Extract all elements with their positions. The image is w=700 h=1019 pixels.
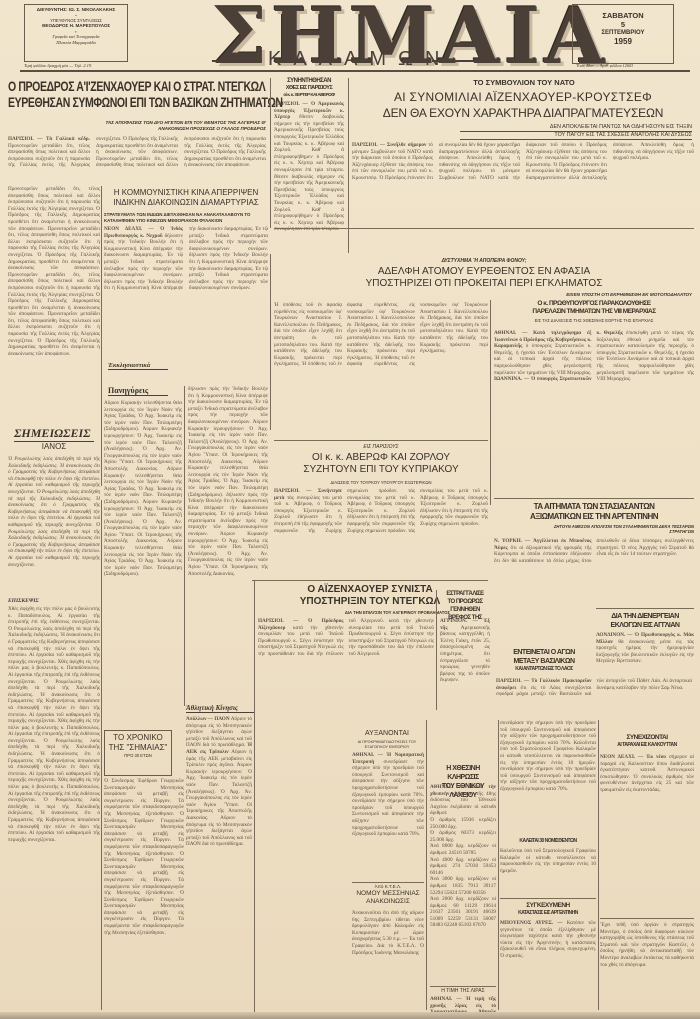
date-box: ΣΑΒΒΑΤΟΝ 5 ΣΕΠΤΕΜΒΡΙΟΥ 1959 (572, 4, 674, 64)
headline-military: ΚΑΛΕΙΤΑΙ 30 ΝΟΜΙΣΘΕΝΤΩΝ (500, 838, 596, 844)
date-month: ΣΕΠΤΕΜΒΡΙΟΥ (573, 29, 673, 37)
headline-averof-zorlu: ΟΙ κ. κ. ΑΒΕΡΩΦ ΚΑΙ ΖΟΡΛΟΥ ΣΥΖΗΤΟΥΝ ΕΠΙ … (274, 452, 488, 476)
averof-kicker: ΕΙΣ ΠΑΡΙΣΙΟΥΣ (274, 444, 488, 450)
divider (274, 228, 694, 229)
article-strangled: ΑΓΡΙΝΙΟΝ. — Ἐξ τῆς Ἀμερικανικῆς βάσεως κ… (440, 618, 490, 708)
notes-text: Ὁ Ρουμελιώτης λαὸς ἀπεδέχθη τὰ περὶ τῆς … (8, 456, 100, 596)
divider (494, 498, 694, 499)
divider (430, 986, 496, 987)
headline-china-india: Η ΚΟΜΜΟΥΝΙΣΤΙΚΗ ΚΙΝΑ ΑΠΕΡΡΙΨΕΝ ΙΝΔΙΚΗΝ Δ… (104, 188, 268, 208)
nato-kicker: ΤΟ ΣΥΜΒΟΥΛΙΟΝ ΤΟΥ ΝΑΤΟ (354, 78, 694, 87)
date-year: 1959 (573, 37, 673, 47)
divider (274, 440, 488, 441)
headline-exports: ΑΥΞΑΝΟΝΤΑΙ (352, 730, 422, 737)
masthead-rule-right (432, 60, 482, 62)
divider (596, 608, 694, 609)
date-day: ΣΑΒΒΑΤΟΝ (573, 11, 673, 20)
article-military-body: Καλοῦνται ὑπὸ τοῦ Στρατολογικοῦ Γραφείου… (500, 848, 596, 898)
article-pm-parade: ΑΘΗΝΑΙ. — Κατὰ τηλεγράφημα ἐξ Ἰωαννίνων … (494, 330, 694, 490)
subhead-averof-zorlu: ΔΙΛΩΣΕΙΣ ΤΟΥ ΤΟΥΡΚΟΥ ΥΠΟΥΡΓΟΥ ΕΞΩΤΕΡΙΚΩΝ (274, 480, 488, 485)
article-accident: Ἡ ὑπόθεσις τοῦ ἐν ἀφασίᾳ εὑρεθέντος εἰς … (274, 302, 488, 440)
news-heading: ΕΠΙΣΚΕΨΙΣ (8, 598, 100, 604)
article-averof-zorlu: ΠΑΡΙΣΙΟΙ. — Συνήντησε μετὰ τὰς συνομιλία… (274, 488, 488, 580)
article-argentina-demands: Ν. ΥΟΡΚΗ. — Ἀγγέλλεται ἐκ Μπουένος Ἄϋρες… (494, 538, 694, 612)
notes-author: ΙΑΝΟΣ (14, 442, 94, 451)
middle-text: δήλωσεν πρὸς τὴν Ἰνδικὴν Βουλὴν ὅτι ἡ Κο… (188, 386, 268, 686)
article-china-india: ΝΕΟΝ ΔΕΛΧΙ. — Ὁ Ἰνδὸς Πρωθυπουργὸς κ. Νε… (104, 226, 268, 380)
festivals-heading: Πανηγύρεις (108, 386, 168, 396)
article-nato: ΠΑΡΙΣΙΟΙ. — Συνῆλθε σήμερον τὸ μόνιμον Σ… (352, 142, 694, 228)
divider (600, 918, 694, 919)
subhead-nato: ΔΕΝ ΑΠΟΚΛΕΙΕΤΑΙ ΠΑΝΤΩΣ ΝΑ ΟΔΗΓΗΣΟΥΝ ΕΙΣ … (460, 124, 692, 140)
headline-riots: ΣΥΝΕΧΙΖΟΝΤΑΙ ΑΙ ΤΑΡΑΧΑΙ ΕΙΣ ΚΑΛΚΟΥΤΤΑΝ (600, 734, 694, 749)
subhead-eisenhower-degaulle: ΤΑΣ ΑΠΟΦΑΣΕΙΣ ΤΩΝ ΔΥΟ ΗΓΕΤΩΝ ΕΠΙ ΤΟΥ ΘΕΜ… (80, 120, 266, 132)
headline-synantithisan: ΣΥΝΗΝΤΗΘΗΣΑΝ ΧΘΕΣ ΕΙΣ ΠΑΡΙΣΙΟΥΣ οἱ κ. κ.… (274, 78, 344, 98)
headline-laos: ΕΝΤΕΙΝΕΤΑΙ Ο ΑΓΩΝ ΜΕΤΑΞΥ ΒΑΣΙΛΙΚΩΝ ΚΑΙ Α… (496, 648, 592, 673)
subhead-pm-parade: ΕΙΣ ΤΑΣ ΔΙΑΛΕΞΕΙΣ ΤΗΣ ΧΘΕΣΙΝΗΣ ΕΟΡΤΗΣ ΤΗ… (494, 318, 694, 323)
masthead-rule-left (212, 60, 262, 62)
left-column-lower-text: Χθὲς ἀφίχθη εἰς τὴν πόλιν μας ὁ βουλευτὴ… (8, 606, 100, 1016)
article-chronicle: Ὁ Σύνδεσμος Ἐφέδρων Γεωργικῶν Συνεταιρισ… (104, 778, 184, 1014)
newspaper-page: ΔΙΕΥΘΥΝΤΗΣ: ΙΩ. Σ. ΝΙΚΟΛΑΚΑΚΗΣ • ΥΠΕΥΘΥΝ… (0, 0, 700, 1019)
page-bottom-edge (0, 1012, 700, 1019)
article-exports: ΑΘΗΝΑΙ. — Ἡ Νομισματικὴ Ἐπιτροπὴ συνεδρί… (352, 752, 424, 882)
festivals-text: Αὔριον Κυριακήν τελεσθήσεται θεία λειτου… (104, 400, 182, 700)
article-military: συνεδρίασε τὴν σήμερον ὑπὸ τὴν προεδρίαν… (500, 720, 596, 834)
ekklisiastika-heading: Ἐκκλησιαστικά (108, 362, 168, 370)
chronicle-box: ΤΟ ΧΡΟΝΙΚΟ ΤΗΣ "ΣΗΜΑΙΑΣ" ΠΡΟ 30 ΕΤΩΝ (104, 730, 172, 776)
subhead-eisenhower-supports: ΔΙΑ ΤΗΝ ΕΠΙΛΥΣΙΝ ΤΟΥ ΑΛΓΕΡΙΝΟΥ ΠΡΟΒΛΗΜΑΤ… (280, 610, 450, 615)
divider (500, 898, 596, 899)
headline-argentina-situation: ΣΥΓΚΕΧΥΜΕΝΗ ΚΑΤΑΣΤΑΣΙΣ ΕΙΣ ΑΡΓΕΝΤΙΝΗΝ (500, 902, 596, 917)
divider (252, 580, 488, 581)
masthead-divider (20, 70, 690, 72)
headline-elections: ΔΙΑ ΤΗΝ ΔΙΕΝΕΡΓΕΙΑΝ ΕΚΛΟΓΩΝ ΕΙΣ ΑΓΓΛΙΑΝ (596, 612, 694, 630)
date-number: 5 (573, 20, 673, 29)
article-synantithisan: ΠΑΡΙΣΙΟΙ. — Ὁ Ἀμερικανὸς ὑπουργὸς Ἐξωτερ… (274, 101, 344, 253)
accident-kicker: ΔΥΣΤΥΧΗΜΑ Ἢ ΑΠΟΠΕΙΡΑ ΦΟΝΟΥ; (274, 258, 694, 264)
article-laos: ΠΑΡΙΣΙΟΙ. — Τὸ Γαλλικὸν Πρακτορεῖον ἀναφ… (496, 678, 692, 720)
masthead-subtitle: ΚΑΛΑΜΩΝ (268, 48, 438, 71)
sports-heading: Ἀθλητικὴ Κίνησις (186, 704, 254, 713)
article-eisenhower-supports: ΠΑΡΙΣΙΟΙ. — Ὁ Πρόεδρος Ἀϊζενχάουερ κατὰ … (258, 618, 434, 708)
subhead-accident: ΕΙΧΕΝ ΥΠΟΣΤΗ ΟΤΙ ΕΚΡΗΜΝΙΣΘΗ ΕΚ ΜΟΤΟΠΟΔΗΛ… (420, 292, 692, 297)
article-sports: Ἀπόλλων — ΠΑΟΝ Αὔριον τὸ ἀπόγευμα εἰς τὸ… (186, 716, 252, 1016)
headline-currency: Η ΤΙΜΗ ΤΗΣ ΛΙΡΑΣ (430, 988, 496, 994)
headline-accident: ΑΔΕΛΦΗ ΑΤΟΜΟΥ ΕΥΡΕΘΕΝΤΟΣ ΕΝ ΑΦΑΣΙΑ ΥΠΟΣΤ… (274, 266, 694, 290)
headline-nato-1: ΑΙ ΣΥΝΟΜΙΛΙΑΙ ΑΪΖΕΝΧΑΟΥΕΡ-ΚΡΟΥΣΤΣΕΦ (352, 90, 694, 104)
editor-info-box: ΔΙΕΥΘΥΝΤΗΣ: ΙΩ. Σ. ΝΙΚΟΛΑΚΑΚΗΣ • ΥΠΕΥΘΥΝ… (24, 4, 128, 62)
issue-number: Ἔτος 48ον — Ἀριθ. φύλλου 12603 (576, 63, 686, 68)
address-line: Πλατεία Μαρμαριάδα (25, 40, 127, 46)
headline-pm-parade: Ο κ. ΠΡΩΘΥΠΟΥΡΓΟΣ ΠΑΡΑΚΟΛΟΥΘΗΣΕ ΠΑΡΕΛΑΣΙ… (494, 300, 694, 316)
headline-eisenhower-degaulle: Ο ΠΡΟΕΔΡΟΣ Α'Ι'ΖΕΝΧΑΟΥΕΡ ΚΑΙ Ο ΣΤΡΑΤ. ΝΤ… (8, 79, 270, 111)
headline-nato-2: ΔΕΝ ΘΑ ΕΧΟΥΝ ΧΑΡΑΚΤΗΡΑ ΔΙΑΠΡΑΓΜΑΤΕΥΣΕΩΝ (352, 106, 694, 120)
divider (352, 882, 424, 883)
price-line: Τιμὴ φύλλου δραχμὴ μία — Τηλ. 2.19 (24, 63, 132, 68)
notes-heading: ΣΗΜΕΙΩΣΕΙΣ (14, 426, 94, 442)
headline-argentina-demands: ΤΑ ΑΙΤΗΜΑΤΑ ΤΩΝ ΣΤΑΣΙΑΣΑΝΤΩΝ ΑΞΙΩΜΑΤΙΚΩΝ… (494, 502, 694, 522)
article-argentina-situation: ΜΠΟΥΕΝΟΣ ΑΫΡΕΣ. — Κατόπιν τῶν γεγονότων … (500, 920, 596, 1012)
subhead-china-india: ΣΤΡΑΤΕΥΜΑΤΑ ΤΩΝ ΙΝΔΙΩΝ ΔΙΕΤΑΧΘΗΣΑΝ ΝΑ ΑΝ… (104, 212, 268, 223)
article-eisenhower-degaulle: ΠΑΡΙΣΙΟΙ. — Τὰ Γαλλικὰ κέδρ. Προνοτορεῖο… (8, 136, 266, 180)
article-ktel: Ἀνακοινοῦται ὅτι ἀπὸ τῆς αὔριον 6ης Σεπτ… (352, 910, 424, 1010)
subhead-argentina-demands: ΖΗΤΟΥΝ ΑΜΕΣΟΝ ΑΠΟΛΥΣΙΝ ΤΩΝ ΣΥΛΛΗΦΘΕΝΤΩΝ … (540, 524, 694, 534)
article-argentina-generals: Ἔχει τεθῆ ὑπὸ ἀργίαν ὁ στρατηγὸς Μοντέρο… (600, 922, 694, 1012)
article-riots: ΝΕΟΝ ΔΕΛΧΙ. — Ἐκ νέου σήμερον αἱ ταραχαὶ… (600, 754, 694, 870)
subhead-exports: ΑΙ ΠΡΟΚΡΗΜΑΤΟΔΟΤΗΣΕΙΣ ΤΟΥ ΕΞΑΓΩΓΙΚΟΥ ΕΜΠ… (350, 740, 424, 750)
headline-ktel: Ἀπὸ Κ.Τ.Ε.Λ. ΝΟΜΟΥ ΜΕΣΣΗΝΙΑΣ ΑΝΑΚΟΙΝΩΣΙΣ (350, 884, 426, 906)
article-lottery: ΑΘΗΝΑΙ. — Κατὰ τὴν χθεσινὴν κλήρωσιν τῆς… (430, 784, 496, 984)
left-column-text: Προνοτορεῖον μεταδίδει ὅτι, τέλος ἀπεφασ… (8, 186, 100, 412)
